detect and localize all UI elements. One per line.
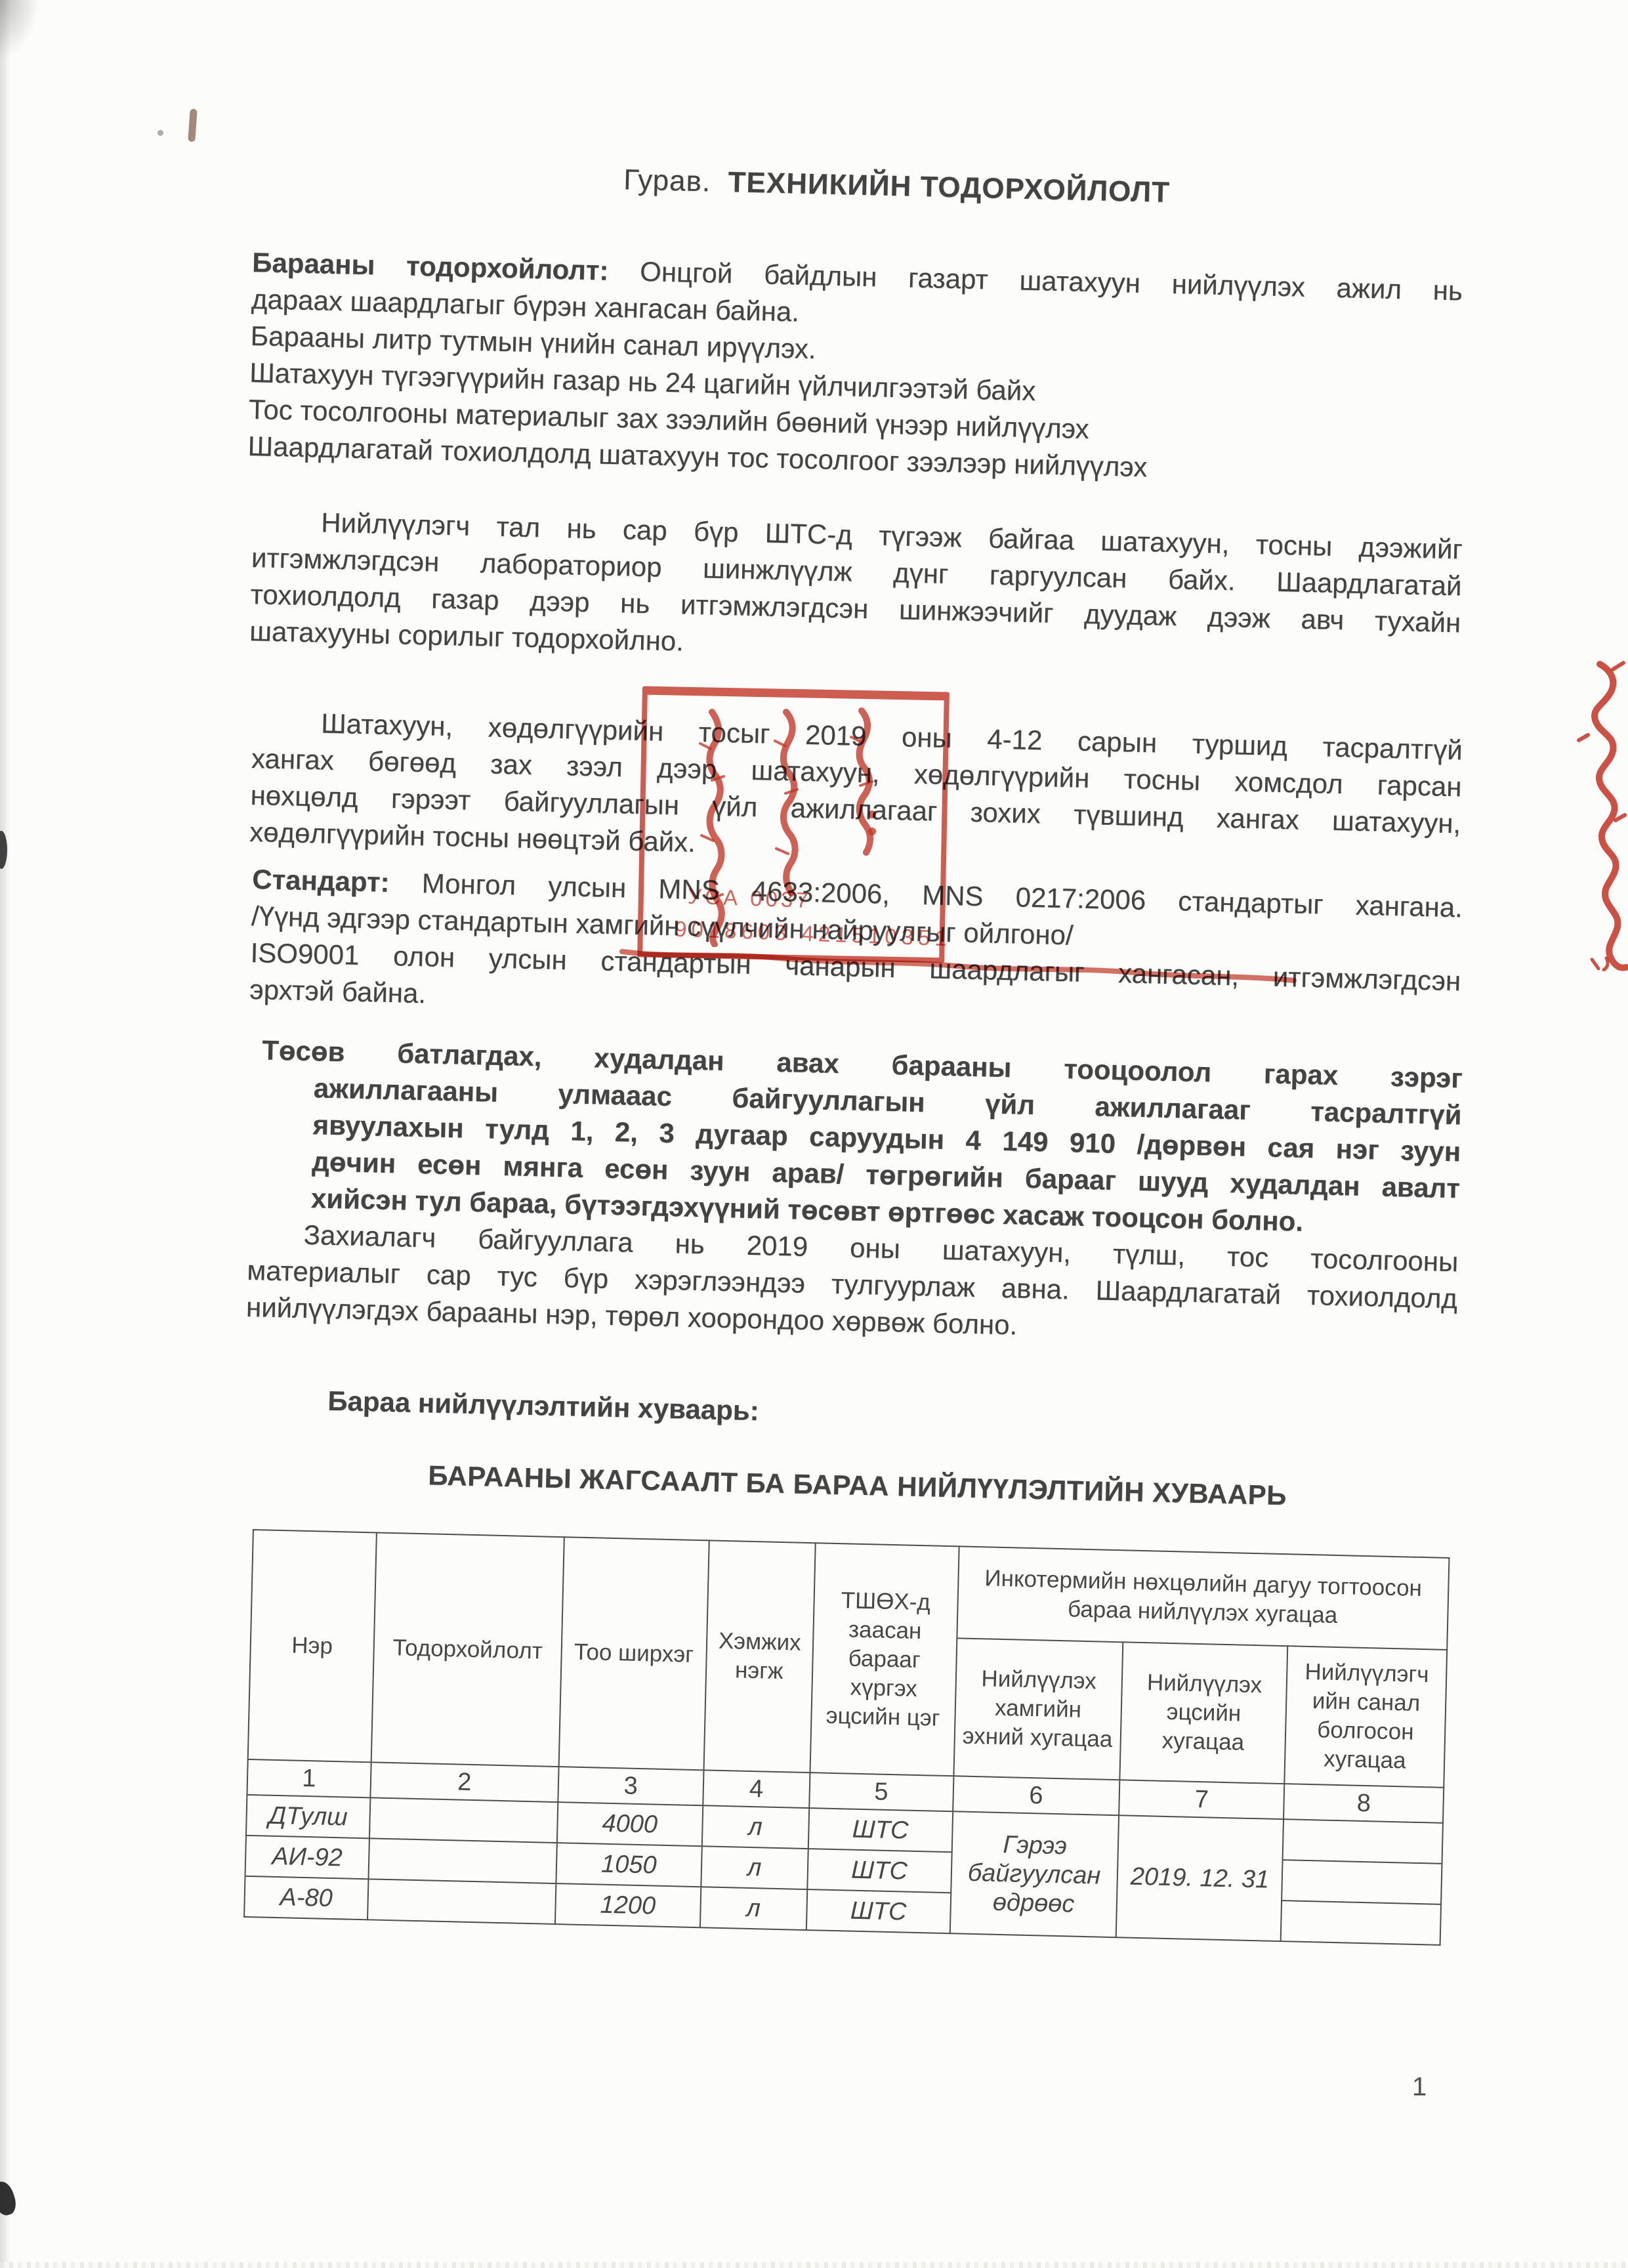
col-header-description: Тодорхойлолт [371, 1532, 564, 1767]
col-number: 8 [1284, 1784, 1444, 1823]
paragraph-product-spec: Барааны тодорхойлолт: Онцгой байдлын газ… [247, 244, 1463, 493]
cell-quantity: 1200 [555, 1883, 701, 1927]
cell-destination: ШТС [808, 1808, 953, 1852]
col-header-earliest: Нийлүүлэх хамгийн эхний хугацаа [953, 1638, 1123, 1780]
page-title: ТЕХНИКИЙН ТОДОРХОЙЛОЛТ [728, 166, 1171, 209]
col-header-quantity: Тоо ширхэг [559, 1537, 709, 1770]
schedule-label: Бараа нийлүүлэлтийн хуваарь: [252, 1383, 1539, 1445]
scan-corner-shadow [0, 0, 39, 59]
col-number: 5 [809, 1773, 953, 1811]
col-number: 6 [953, 1776, 1120, 1815]
supply-schedule-table: Нэр Тодорхойлолт Тоо ширхэг Хэмжих нэгж … [243, 1529, 1450, 1946]
col-header-name: Нэр [248, 1530, 377, 1762]
col-header-latest: Нийлүүлэх эцсийн хугацаа [1119, 1642, 1287, 1784]
supply-schedule-table-wrap: Нэр Тодорхойлолт Тоо ширхэг Хэмжих нэгж … [243, 1529, 1450, 1946]
stamp-code-line1: УСА 0037 [687, 884, 812, 913]
col-number: 4 [703, 1770, 810, 1808]
col-header-unit: Хэмжих нэгж [703, 1540, 815, 1773]
cell-unit: л [701, 1846, 808, 1889]
cell-name: АИ-92 [245, 1836, 369, 1879]
cell-quantity: 4000 [557, 1802, 703, 1846]
cell-proposed [1283, 1819, 1443, 1864]
chapter-label: Гурав. [623, 163, 711, 198]
scan-bottom-noise [0, 2262, 1628, 2268]
paragraph-lead: Барааны тодорхойлолт: [252, 247, 609, 286]
col-number: 7 [1119, 1780, 1285, 1819]
cell-description [368, 1838, 557, 1883]
cell-description [367, 1879, 556, 1924]
pen-tick-mark [188, 109, 197, 142]
handwritten-annotation [1572, 656, 1628, 971]
cell-proposed [1282, 1860, 1442, 1904]
cell-latest-merged: 2019. 12. 31 [1116, 1815, 1284, 1941]
col-group-incoterms: Инкотермийн нөхцөлийн дагуу тогтоосон ба… [957, 1546, 1450, 1650]
scan-edge-shading [0, 0, 10, 2268]
col-number: 1 [247, 1759, 371, 1797]
paragraph-supplier: Нийлүүлэгч тал нь сар бүр ШТС-д түгээж б… [249, 503, 1463, 678]
cell-unit: л [701, 1805, 809, 1849]
document-title: Гурав. ТЕХНИКИЙН ТОДОРХОЙЛОЛТ [252, 155, 1503, 217]
cell-destination: ШТС [807, 1849, 951, 1893]
cell-name: А-80 [244, 1876, 368, 1920]
paragraph-lead: Стандарт: [252, 864, 390, 898]
cell-description [369, 1797, 558, 1843]
col-header-proposed: Нийлүүлэгч ийн санал болгосон хугацаа [1285, 1646, 1447, 1788]
cell-earliest-merged: Гэрээ байгуулсан өдрөөс [950, 1811, 1119, 1937]
cell-name: ДТулш [246, 1795, 370, 1838]
col-number: 2 [370, 1762, 558, 1802]
cell-quantity: 1050 [556, 1843, 701, 1887]
cell-proposed [1281, 1900, 1441, 1945]
col-header-destination: ТШӨХ-д заасан барааг хүргэх эцсийн цэг [810, 1543, 959, 1776]
col-number: 3 [558, 1767, 703, 1805]
table-title: БАРААНЫ ЖАГСААЛТ БА БАРАА НИЙЛҮҮЛЭЛТИЙН … [252, 1456, 1463, 1515]
page-number: 1 [1412, 2072, 1427, 2102]
cell-unit: л [699, 1887, 807, 1930]
scanned-document-page: Гурав. ТЕХНИКИЙН ТОДОРХОЙЛОЛТ Барааны то… [0, 0, 1628, 2268]
cell-destination: ШТС [806, 1889, 951, 1933]
paragraph-budget: Төсөв батлагдах, худалдан авах барааны т… [245, 1032, 1463, 1354]
scan-speck [157, 130, 163, 136]
